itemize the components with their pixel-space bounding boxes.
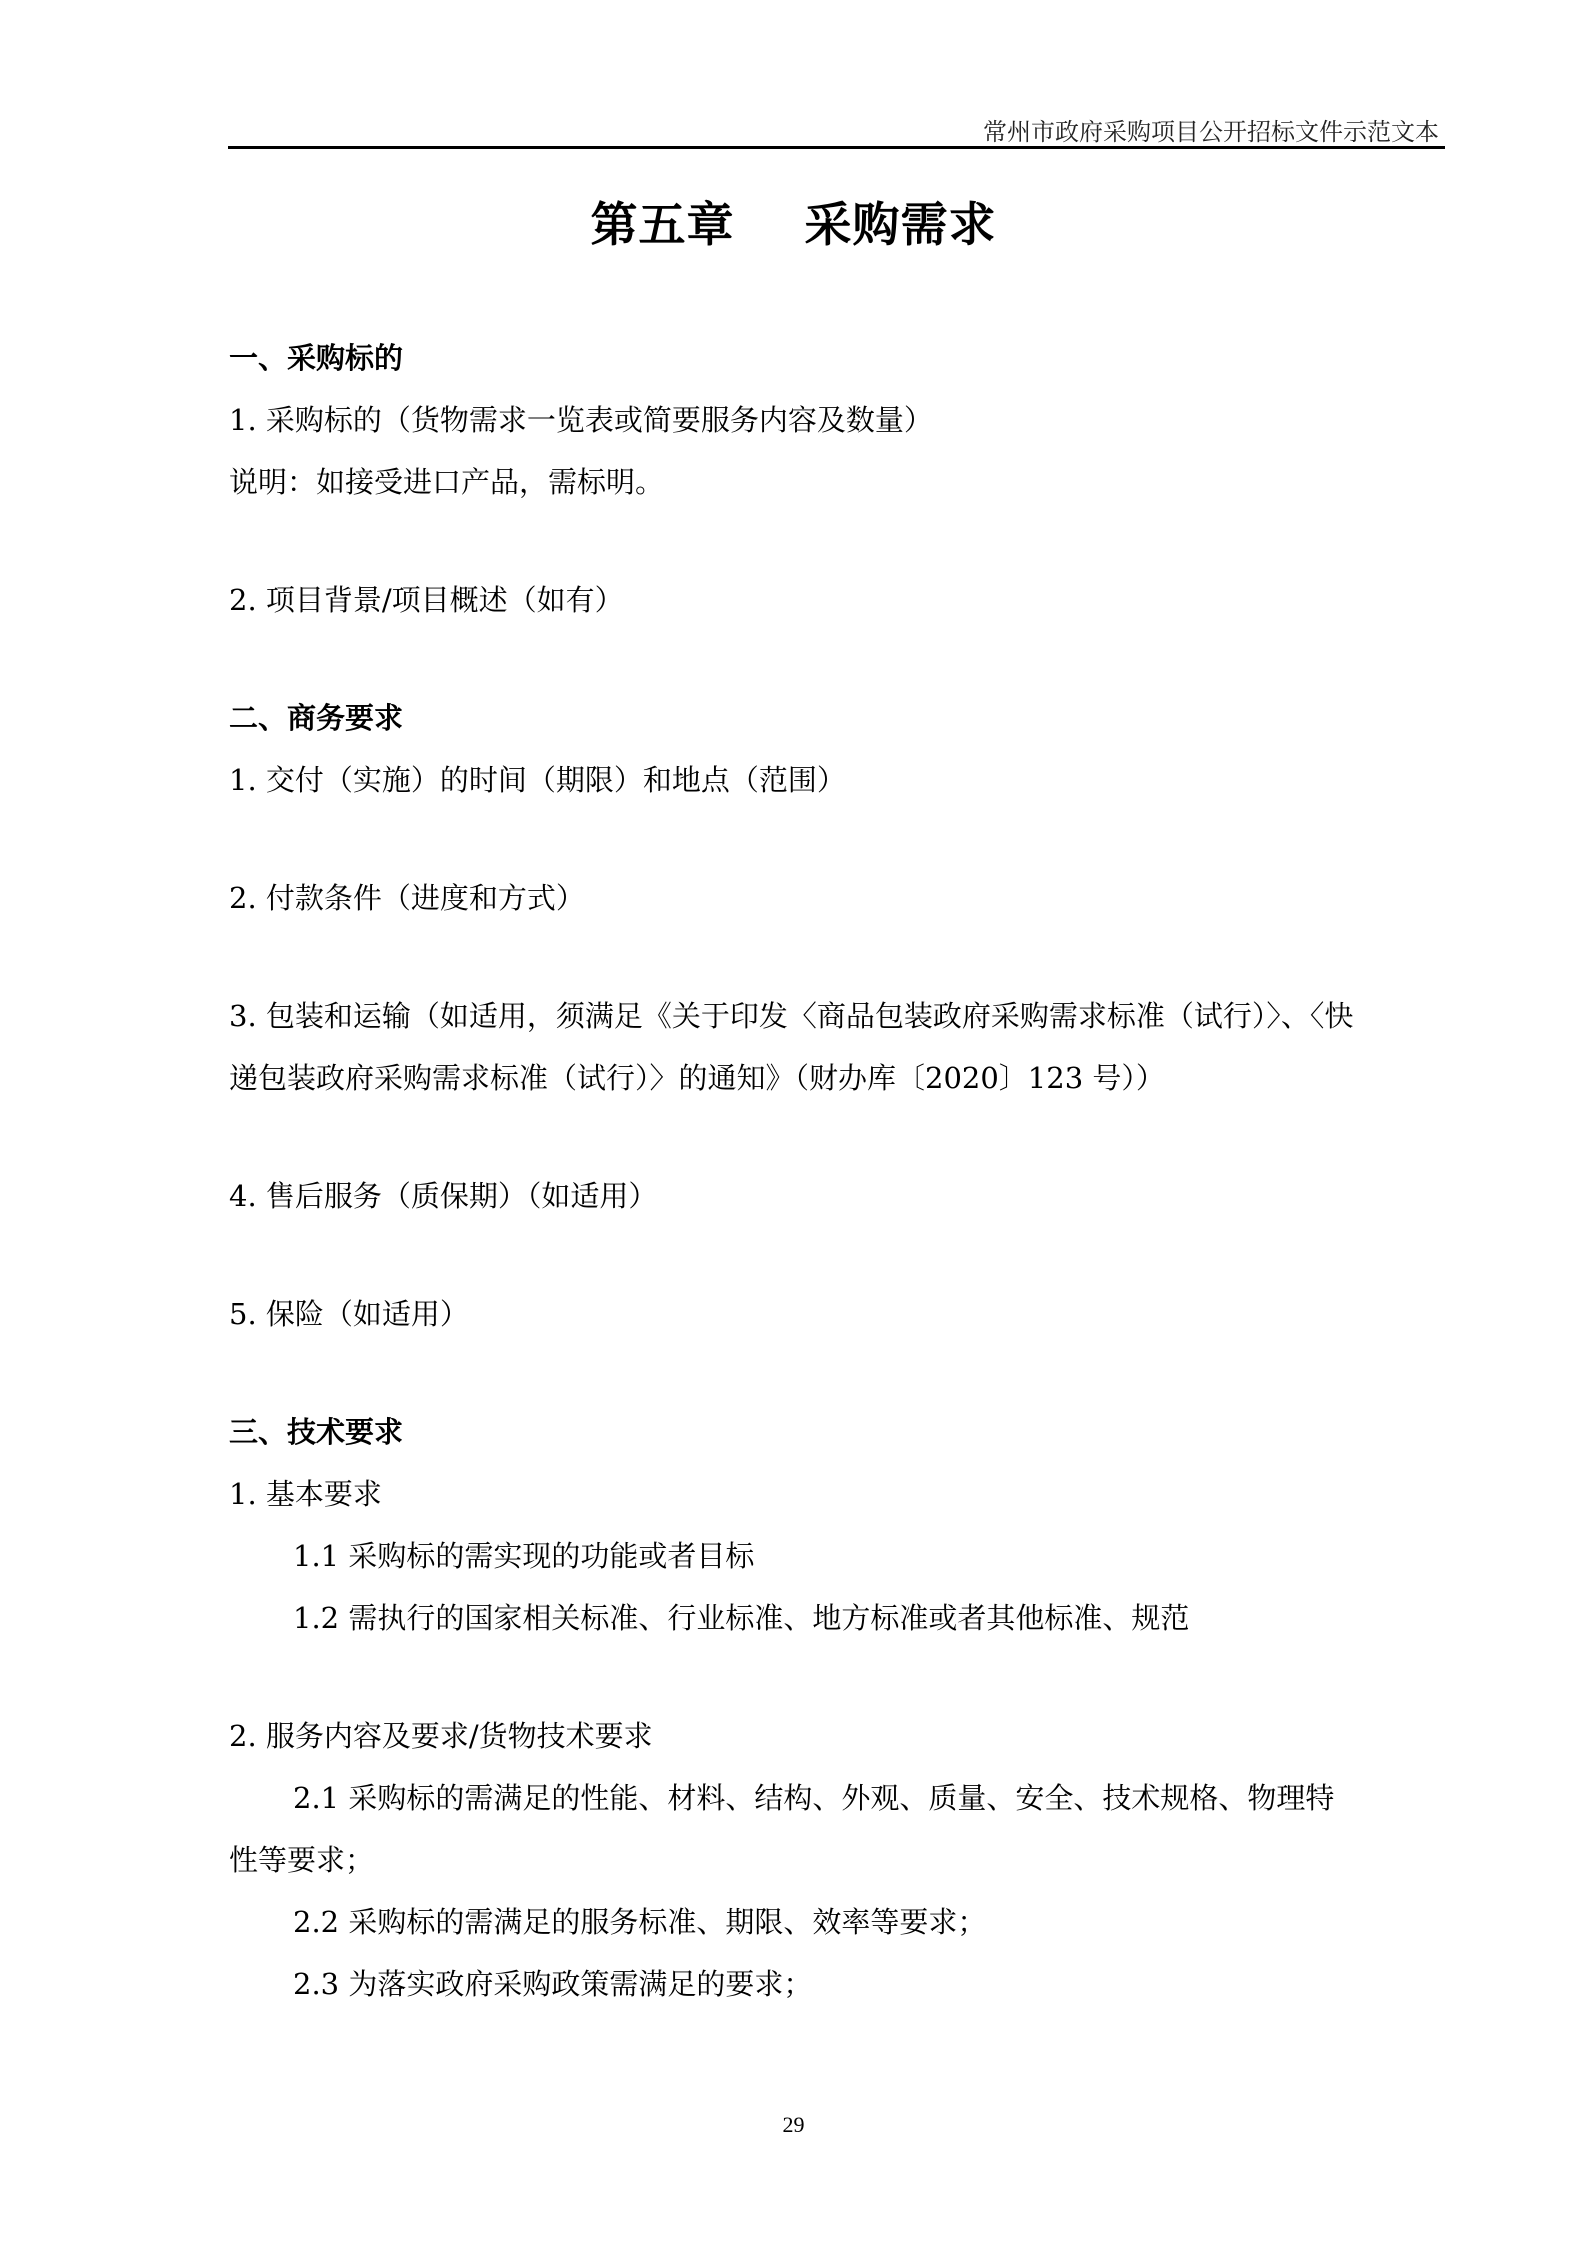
paragraph: 性等要求；: [229, 1840, 374, 1880]
paragraph: 2.1 采购标的需满足的性能、材料、结构、外观、质量、安全、技术规格、物理特: [293, 1778, 1334, 1818]
header-rule: [228, 146, 1445, 149]
paragraph: 2. 付款条件（进度和方式）: [229, 878, 585, 918]
paragraph: 1.1 采购标的需实现的功能或者目标: [293, 1536, 754, 1576]
page-number: 29: [0, 2112, 1587, 2138]
paragraph: 递包装政府采购需求标准（试行）〉的通知》（财办库〔2020〕123 号））: [229, 1058, 1165, 1098]
paragraph: 3. 包装和运输（如适用，须满足《关于印发〈商品包装政府采购需求标准（试行）〉、…: [229, 996, 1353, 1036]
paragraph: 1. 采购标的（货物需求一览表或简要服务内容及数量）: [229, 400, 933, 440]
running-header: 常州市政府采购项目公开招标文件示范文本: [983, 112, 1439, 147]
paragraph: 4. 售后服务（质保期）（如适用）: [229, 1176, 657, 1216]
paragraph: 说明：如接受进口产品，需标明。: [229, 462, 664, 502]
paragraph: 1. 交付（实施）的时间（期限）和地点（范围）: [229, 760, 846, 800]
chapter-title: 第五章采购需求: [0, 188, 1587, 255]
paragraph: 1. 基本要求: [229, 1474, 382, 1514]
paragraph: 2. 项目背景/项目概述（如有）: [229, 580, 624, 620]
chapter-name: 采购需求: [805, 198, 997, 253]
chapter-number: 第五章: [591, 198, 735, 253]
paragraph: 1.2 需执行的国家相关标准、行业标准、地方标准或者其他标准、规范: [293, 1598, 1189, 1638]
paragraph: 5. 保险（如适用）: [229, 1294, 469, 1334]
paragraph: 2.3 为落实政府采购政策需满足的要求；: [293, 1964, 812, 2004]
section-heading-1: 一、采购标的: [229, 338, 403, 378]
section-heading-2: 二、商务要求: [229, 698, 403, 738]
paragraph: 2. 服务内容及要求/货物技术要求: [229, 1716, 653, 1756]
paragraph: 2.2 采购标的需满足的服务标准、期限、效率等要求；: [293, 1902, 986, 1942]
section-heading-3: 三、技术要求: [229, 1412, 403, 1452]
